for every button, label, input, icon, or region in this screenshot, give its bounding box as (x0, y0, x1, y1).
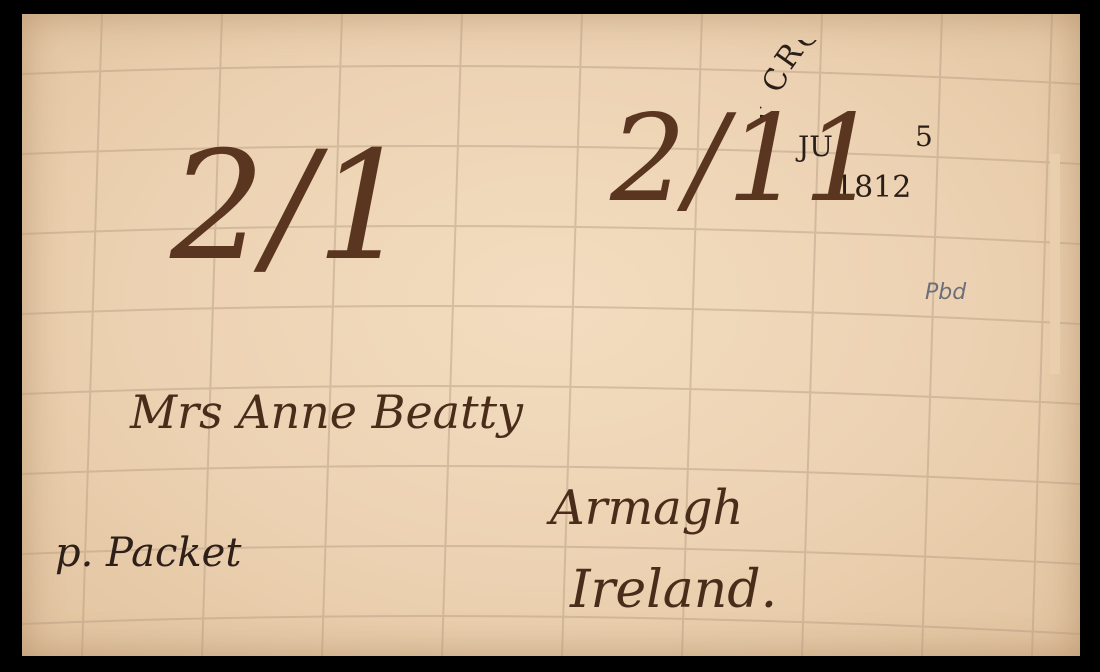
pencil-note: Pbd (925, 280, 966, 305)
rate-mark-secondary: 2/11 (610, 90, 879, 229)
routing-note: p. Packet (55, 530, 241, 576)
letter-flap (1050, 154, 1060, 374)
address-name: Mrs Anne Beatty (130, 385, 523, 439)
postmark-day: 5 (915, 120, 933, 153)
rate-mark-primary: 2/1 (170, 120, 411, 294)
address-town: Armagh (550, 480, 743, 536)
address-country: Ireland. (570, 560, 777, 620)
